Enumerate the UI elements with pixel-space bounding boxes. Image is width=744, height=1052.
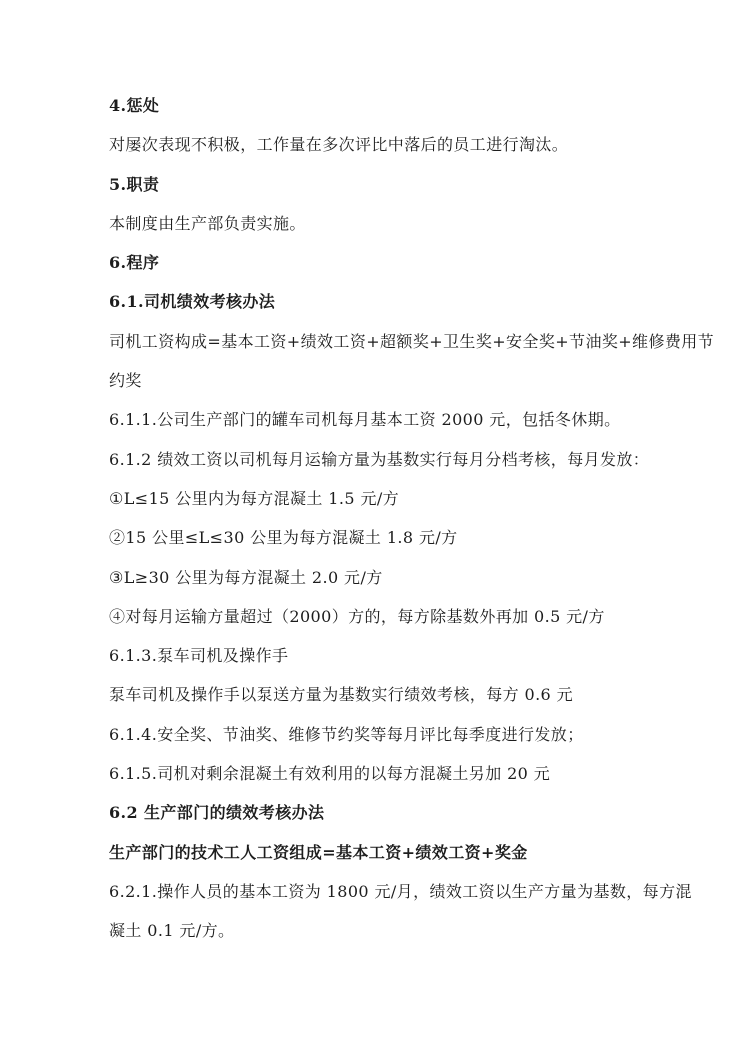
para-6-1-4-awards: 6.1.4.安全奖、节油奖、维修节约奖等每月评比每季度进行发放； [109, 715, 649, 754]
para-distance-tier-3: ③L≥30 公里为每方混凝土 2.0 元/方 [109, 558, 649, 597]
heading-punishment: 4.惩处 [109, 86, 649, 125]
para-distance-tier-2: ②15 公里≤L≤30 公里为每方混凝土 1.8 元/方 [109, 518, 649, 557]
para-6-1-2-performance-salary: 6.1.2 绩效工资以司机每月运输方量为基数实行每月分档考核，每月发放： [109, 440, 649, 479]
heading-driver-assessment: 6.1.司机绩效考核办法 [109, 282, 649, 321]
para-distance-tier-1: ①L≤15 公里内为每方混凝土 1.5 元/方 [109, 479, 649, 518]
para-driver-salary-formula-wrap: 约奖 [109, 361, 649, 400]
para-punishment-rule: 对屡次表现不积极，工作量在多次评比中落后的员工进行淘汰。 [109, 125, 649, 164]
para-pump-operator-rule: 泵车司机及操作手以泵送方量为基数实行绩效考核，每方 0.6 元 [109, 675, 649, 714]
heading-responsibility: 5.职责 [109, 165, 649, 204]
document-page: 4.惩处 对屡次表现不积极，工作量在多次评比中落后的员工进行淘汰。 5.职责 本… [0, 0, 744, 1052]
para-responsibility: 本制度由生产部负责实施。 [109, 204, 649, 243]
document-content: 4.惩处 对屡次表现不积极，工作量在多次评比中落后的员工进行淘汰。 5.职责 本… [109, 86, 649, 951]
para-6-1-5-leftover-concrete: 6.1.5.司机对剩余混凝土有效利用的以每方混凝土另加 20 元 [109, 754, 649, 793]
para-6-1-1-base-salary: 6.1.1.公司生产部门的罐车司机每月基本工资 2000 元，包括冬休期。 [109, 400, 649, 439]
para-driver-salary-formula: 司机工资构成=基本工资+绩效工资+超额奖+卫生奖+安全奖+节油奖+维修费用节 [109, 322, 649, 361]
heading-production-salary-formula: 生产部门的技术工人工资组成=基本工资+绩效工资+奖金 [109, 833, 649, 872]
heading-production-assessment: 6.2 生产部门的绩效考核办法 [109, 793, 649, 832]
heading-procedure: 6.程序 [109, 243, 649, 282]
para-6-1-3-pump-operator: 6.1.3.泵车司机及操作手 [109, 636, 649, 675]
para-6-2-1-operator-salary-wrap: 凝土 0.1 元/方。 [109, 911, 649, 950]
para-6-2-1-operator-salary: 6.2.1.操作人员的基本工资为 1800 元/月，绩效工资以生产方量为基数，每… [109, 872, 649, 911]
para-volume-bonus: ④对每月运输方量超过（2000）方的，每方除基数外再加 0.5 元/方 [109, 597, 649, 636]
